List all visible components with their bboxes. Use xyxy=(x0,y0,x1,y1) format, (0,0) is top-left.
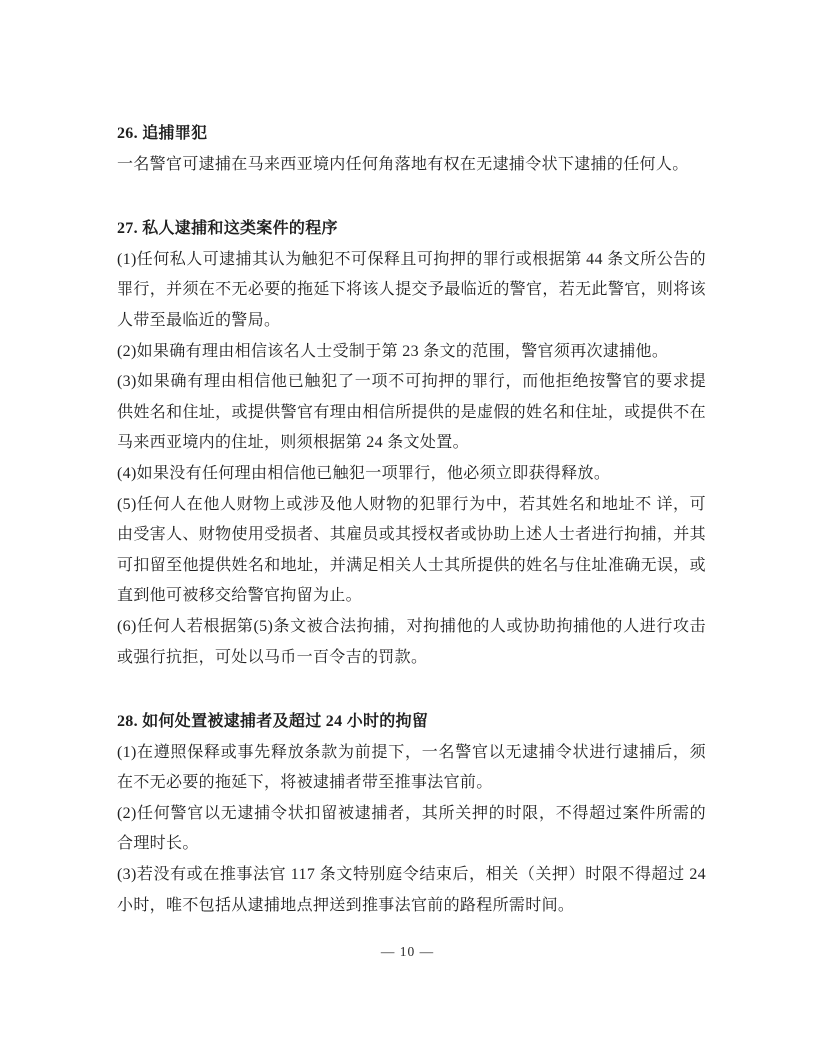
section-paragraph: (1)在遵照保释或事先释放条款为前提下，一名警官以无逮捕令状进行逮捕后，须在不无… xyxy=(117,738,706,799)
section-heading: 28. 如何处置被逮捕者及超过 24 小时的拘留 xyxy=(117,707,706,738)
document-section: 28. 如何处置被逮捕者及超过 24 小时的拘留(1)在遵照保释或事先释放条款为… xyxy=(117,707,706,921)
document-section: 26. 追捕罪犯一名警官可逮捕在马来西亚境内任何角落地有权在无逮捕令状下逮捕的任… xyxy=(117,119,706,180)
section-paragraph: (4)如果没有任何理由相信他已触犯一项罪行，他必须立即获得释放。 xyxy=(117,459,706,490)
section-paragraph: (2)如果确有理由相信该名人士受制于第 23 条文的范围，警官须再次逮捕他。 xyxy=(117,337,706,368)
section-paragraph: (5)任何人在他人财物上或涉及他人财物的犯罪行为中，若其姓名和地址不 详，可由受… xyxy=(117,490,706,612)
section-paragraph: (1)任何私人可逮捕其认为触犯不可保释且可拘押的罪行或根据第 44 条文所公告的… xyxy=(117,245,706,337)
section-heading: 27. 私人逮捕和这类案件的程序 xyxy=(117,214,706,245)
section-paragraph: (3)若没有或在推事法官 117 条文特别庭令结束后，相关（关押）时限不得超过 … xyxy=(117,860,706,921)
section-paragraph: (6)任何人若根据第(5)条文被合法拘捕，对拘捕他的人或协助拘捕他的人进行攻击或… xyxy=(117,612,706,673)
section-paragraph: (3)如果确有理由相信他已触犯了一项不可拘押的罪行，而他拒绝按警官的要求提供姓名… xyxy=(117,367,706,459)
section-heading: 26. 追捕罪犯 xyxy=(117,119,706,150)
page-number: — 10 — xyxy=(0,944,815,960)
document-section: 27. 私人逮捕和这类案件的程序(1)任何私人可逮捕其认为触犯不可保释且可拘押的… xyxy=(117,214,706,673)
section-paragraph: 一名警官可逮捕在马来西亚境内任何角落地有权在无逮捕令状下逮捕的任何人。 xyxy=(117,150,706,181)
section-paragraph: (2)任何警官以无逮捕令状扣留被逮捕者，其所关押的时限，不得超过案件所需的合理时… xyxy=(117,799,706,860)
document-content: 26. 追捕罪犯一名警官可逮捕在马来西亚境内任何角落地有权在无逮捕令状下逮捕的任… xyxy=(117,119,706,921)
document-page: 26. 追捕罪犯一名警官可逮捕在马来西亚境内任何角落地有权在无逮捕令状下逮捕的任… xyxy=(0,0,815,1055)
